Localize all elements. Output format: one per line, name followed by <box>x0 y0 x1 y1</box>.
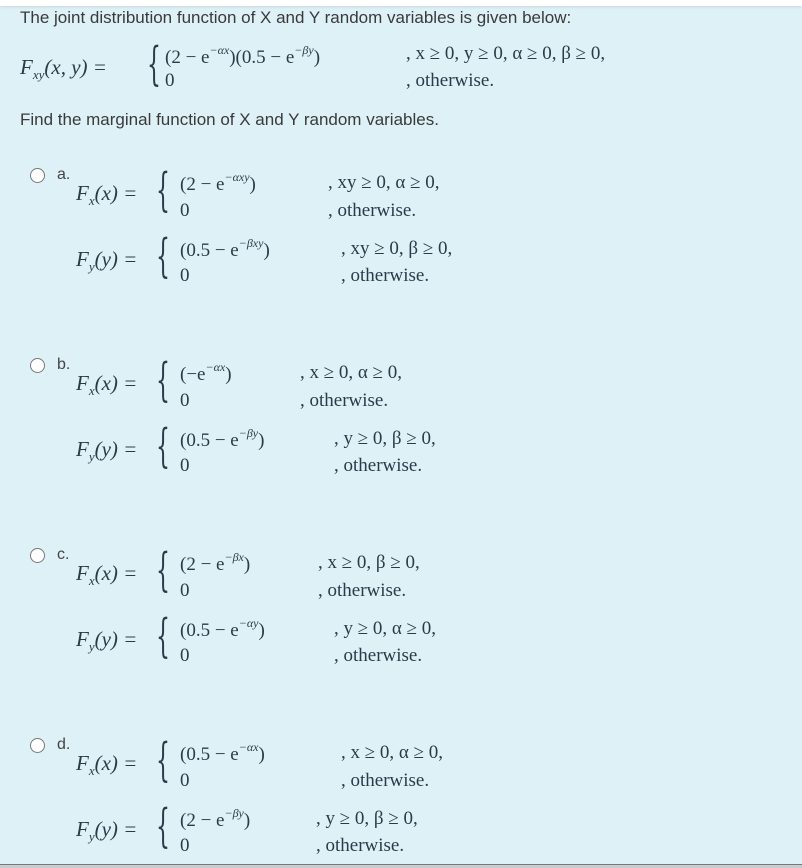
fy-lhs: Fy(y) = <box>76 627 137 652</box>
piecewise-brace: { <box>156 616 170 662</box>
piecewise-brace: { <box>147 44 161 90</box>
radio-option-c[interactable] <box>30 548 45 563</box>
fx-cond-1: , x ≥ 0, β ≥ 0, <box>318 552 420 574</box>
piecewise-brace: { <box>156 740 170 786</box>
fx-case-2: 0 <box>180 390 190 412</box>
fy-case-2: 0 <box>180 835 190 857</box>
radio-option-a[interactable] <box>30 168 45 183</box>
joint-case-1: (2 − e−αx)(0.5 − e−βy) <box>165 43 320 69</box>
radio-option-b[interactable] <box>30 358 45 373</box>
piecewise-brace: { <box>156 550 170 596</box>
fx-cond-1: , xy ≥ 0, α ≥ 0, <box>328 172 440 194</box>
piecewise-brace: { <box>156 360 170 406</box>
fy-cond-1: , y ≥ 0, β ≥ 0, <box>316 808 418 830</box>
fy-cond-2: , otherwise. <box>334 455 422 477</box>
fx-cond-2: , otherwise. <box>341 770 429 792</box>
joint-lhs: Fxy(x, y) = <box>20 55 107 80</box>
radio-option-d[interactable] <box>30 738 45 753</box>
fx-lhs: Fx(x) = <box>76 371 137 396</box>
fy-case-1: (0.5 − e−βxy) <box>180 236 270 262</box>
fx-cond-1: , x ≥ 0, α ≥ 0, <box>300 362 402 384</box>
function-symbol: F <box>20 55 33 79</box>
fy-lhs: Fy(y) = <box>76 817 137 842</box>
option-label: a. <box>57 166 70 184</box>
fx-case-1: (2 − e−αxy) <box>180 170 256 196</box>
piecewise-brace: { <box>156 236 170 282</box>
fy-case-2: 0 <box>180 265 190 287</box>
fy-cond-2: , otherwise. <box>334 645 422 667</box>
fy-case-1: (0.5 − e−αy) <box>180 616 265 642</box>
joint-cond-1: , x ≥ 0, y ≥ 0, α ≥ 0, β ≥ 0, <box>406 43 605 65</box>
fx-cond-2: , otherwise. <box>328 200 416 222</box>
top-edge <box>0 0 802 6</box>
fx-lhs: Fx(x) = <box>76 751 137 776</box>
fy-case-2: 0 <box>180 645 190 667</box>
fy-cond-1: , y ≥ 0, α ≥ 0, <box>334 618 436 640</box>
piecewise-brace: { <box>156 806 170 852</box>
fy-cond-1: , xy ≥ 0, β ≥ 0, <box>341 238 452 260</box>
fy-cond-1: , y ≥ 0, β ≥ 0, <box>334 428 436 450</box>
option-label: c. <box>57 546 69 564</box>
fx-lhs: Fx(x) = <box>76 181 137 206</box>
fx-case-2: 0 <box>180 770 190 792</box>
fx-case-1: (0.5 − e−αx) <box>180 740 265 766</box>
joint-cond-2: , otherwise. <box>406 70 494 92</box>
bottom-edge <box>0 864 802 868</box>
fy-case-2: 0 <box>180 455 190 477</box>
question-prompt: Find the marginal function of X and Y ra… <box>20 110 439 130</box>
fx-case-2: 0 <box>180 580 190 602</box>
fy-cond-2: , otherwise. <box>316 835 404 857</box>
question-intro: The joint distribution function of X and… <box>20 8 571 28</box>
fy-lhs: Fy(y) = <box>76 247 137 272</box>
fx-case-2: 0 <box>180 200 190 222</box>
fx-case-1: (2 − e−βx) <box>180 550 250 576</box>
joint-case-2: 0 <box>165 70 175 92</box>
piecewise-brace: { <box>156 170 170 216</box>
fx-cond-2: , otherwise. <box>300 390 388 412</box>
fx-cond-2: , otherwise. <box>318 580 406 602</box>
function-subscript: xy <box>33 67 45 82</box>
fy-case-1: (2 − e−βy) <box>180 806 250 832</box>
option-label: b. <box>57 356 70 374</box>
fy-case-1: (0.5 − e−βy) <box>180 426 264 452</box>
fy-lhs: Fy(y) = <box>76 437 137 462</box>
fx-lhs: Fx(x) = <box>76 561 137 586</box>
piecewise-brace: { <box>156 426 170 472</box>
option-label: d. <box>57 736 70 754</box>
function-args: (x, y) = <box>44 55 107 79</box>
fy-cond-2: , otherwise. <box>341 265 429 287</box>
fx-cond-1: , x ≥ 0, α ≥ 0, <box>341 742 443 764</box>
fx-case-1: (−e−αx) <box>180 360 232 386</box>
